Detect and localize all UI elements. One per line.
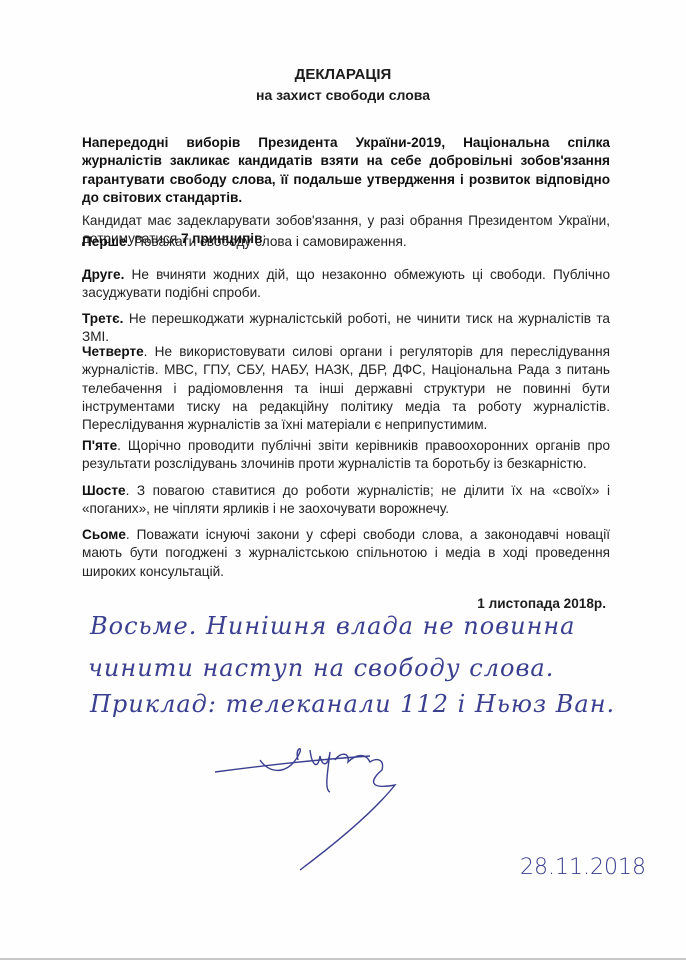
principle-4: Четверте. Не використовувати силові орга… [82,343,610,434]
principle-5: П'яте. Щорічно проводити публічні звіти … [82,437,610,474]
principle-label: П'яте [82,438,117,453]
principle-text: . Поважати існуючі закони у сфері свобод… [82,527,610,579]
principle-text: . Щорічно проводити публічні звіти керів… [82,438,610,471]
principle-text: Не вчиняти жодних дій, що незаконно обме… [82,267,610,300]
principle-6: Шосте. З повагою ставитися до роботи жур… [82,482,610,519]
principle-7: Сьоме. Поважати існуючі закони у сфері с… [82,526,610,581]
principle-1: Перше. Поважати свободу слова і самовира… [82,233,610,251]
principle-label: Шосте [82,483,126,498]
principle-2: Друге. Не вчиняти жодних дій, що незакон… [82,266,610,303]
document-page: ДЕКЛАРАЦІЯ на захист свободи слова Напер… [0,0,686,960]
principle-text: . Поважати свободу слова і самовираження… [127,234,407,249]
document-subtitle: на захист свободи слова [0,85,686,106]
principle-text: . Не використовувати силові органи і рег… [82,344,610,432]
principle-text: . З повагою ставитися до роботи журналіс… [82,483,610,516]
principle-3: Третє. Не перешкоджати журналістській ро… [82,310,610,347]
intro-text: Напередодні виборів Президента України-2… [82,134,610,207]
handwritten-line-1: Восьме. Нинішня влада не повинна [90,612,576,640]
document-header: ДЕКЛАРАЦІЯ на захист свободи слова [0,64,686,106]
handwritten-line-3: Приклад: телеканали 112 і Ньюз Ван. [90,690,615,718]
principle-text: Не перешкоджати журналістській роботі, н… [82,311,610,344]
printed-date: 1 листопада 2018р. [477,596,606,611]
principle-label: Третє. [82,311,123,326]
handwritten-date: 28.11.2018 [520,855,646,880]
principle-label: Друге. [82,267,124,282]
principle-label: Сьоме [82,527,126,542]
intro-paragraph: Напередодні виборів Президента України-2… [82,134,610,207]
handwritten-line-2: чинити наступ на свободу слова. [88,654,554,682]
document-title: ДЕКЛАРАЦІЯ [0,64,686,85]
principle-label: Четверте [82,344,144,359]
principle-label: Перше [82,234,127,249]
signature-icon [200,730,440,900]
